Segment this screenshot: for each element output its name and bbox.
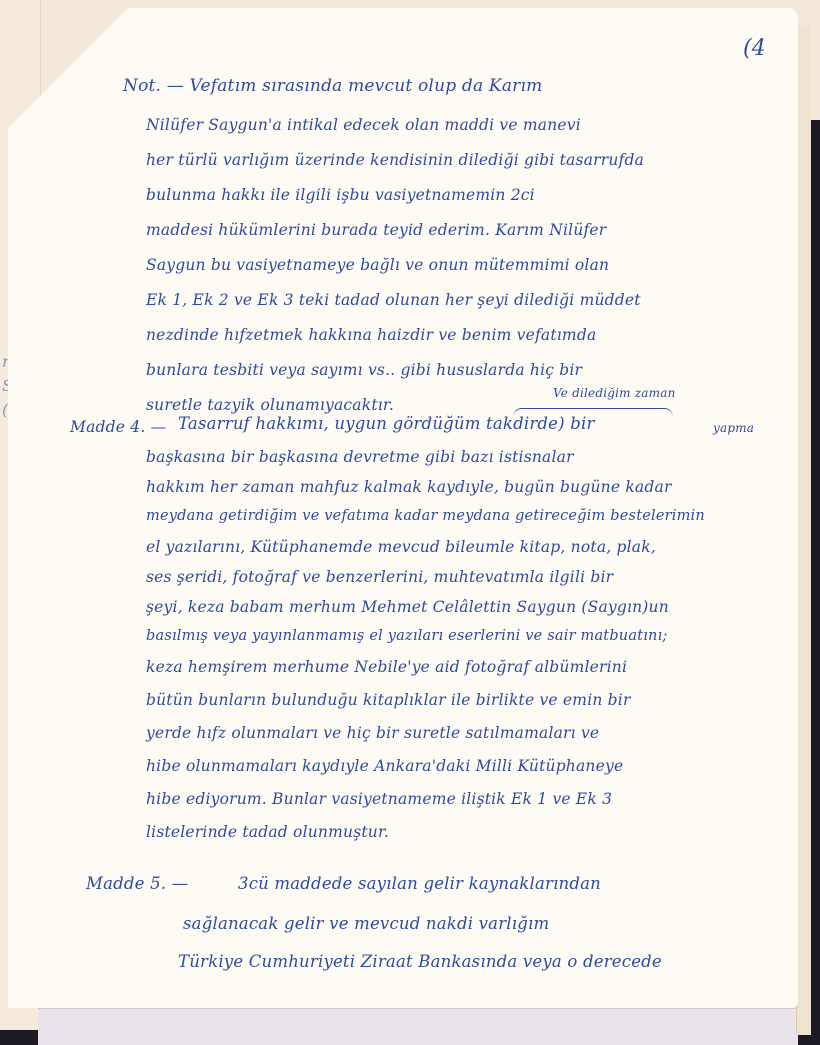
note-line: Nilüfer Saygun'a intikal edecek olan mad… xyxy=(146,116,581,134)
note-line: maddesi hükümlerini burada teyid ederim.… xyxy=(146,221,606,239)
article-label: Madde 4. — xyxy=(70,418,166,436)
article-line: Türkiye Cumhuriyeti Ziraat Bankasında ve… xyxy=(178,952,662,971)
note-line: Not. — Vefatım sırasında mevcut olup da … xyxy=(123,76,542,96)
article-line: sağlanacak gelir ve mevcud nakdi varlığı… xyxy=(183,914,549,933)
underlying-sheet-right xyxy=(796,25,811,1035)
page-number: (4 xyxy=(743,36,766,61)
article-line: basılmış veya yayınlanmamış el yazıları … xyxy=(146,628,668,644)
article-line: ses şeridi, fotoğraf ve benzerlerini, mu… xyxy=(146,568,613,586)
underlying-sheet-bottom xyxy=(38,1008,798,1045)
article-line: Tasarruf hakkımı, uygun gördüğüm takdird… xyxy=(178,414,595,433)
note-line: bunlara tesbiti veya sayımı vs.. gibi hu… xyxy=(146,361,582,379)
article-line: 3cü maddede sayılan gelir kaynaklarından xyxy=(238,874,601,893)
manuscript-page: (4 Not. — Vefatım sırasında mevcut olup … xyxy=(8,8,798,1008)
note-line: suretle tazyik olunamıyacaktır. xyxy=(146,396,394,414)
article-line: el yazılarını, Kütüphanemde mevcud bileu… xyxy=(146,538,656,556)
article-line: meydana getirdiğim ve vefatıma kadar mey… xyxy=(146,508,705,524)
article-line: hibe olunmamaları kaydıyle Ankara'daki M… xyxy=(146,757,623,775)
article-line: listelerinde tadad olunmuştur. xyxy=(146,823,389,841)
article-label: Madde 5. — xyxy=(86,874,188,893)
inserted-correction: Ve dilediğim zaman xyxy=(553,386,676,400)
inserted-correction: yapma xyxy=(713,421,754,435)
article-line: yerde hıfz olunmaları ve hiç bir suretle… xyxy=(146,724,599,742)
note-line: Ek 1, Ek 2 ve Ek 3 teki tadad olunan her… xyxy=(146,291,641,309)
article-line: başkasına bir başkasına devretme gibi ba… xyxy=(146,448,574,466)
note-line: her türlü varlığım üzerinde kendisinin d… xyxy=(146,151,644,169)
article-line: hibe ediyorum. Bunlar vasiyetnameme iliş… xyxy=(146,790,612,808)
note-line: Saygun bu vasiyetnameye bağlı ve onun mü… xyxy=(146,256,609,274)
article-line: keza hemşirem merhume Nebile'ye aid foto… xyxy=(146,658,627,676)
article-line: hakkım her zaman mahfuz kalmak kaydıyle,… xyxy=(146,478,672,496)
note-line: bulunma hakkı ile ilgili işbu vasiyetnam… xyxy=(146,186,535,204)
article-line: şeyi, keza babam merhum Mehmet Celâletti… xyxy=(146,598,669,616)
note-line: nezdinde hıfzetmek hakkına haizdir ve be… xyxy=(146,326,596,344)
article-line: bütün bunların bulunduğu kitaplıklar ile… xyxy=(146,691,631,709)
